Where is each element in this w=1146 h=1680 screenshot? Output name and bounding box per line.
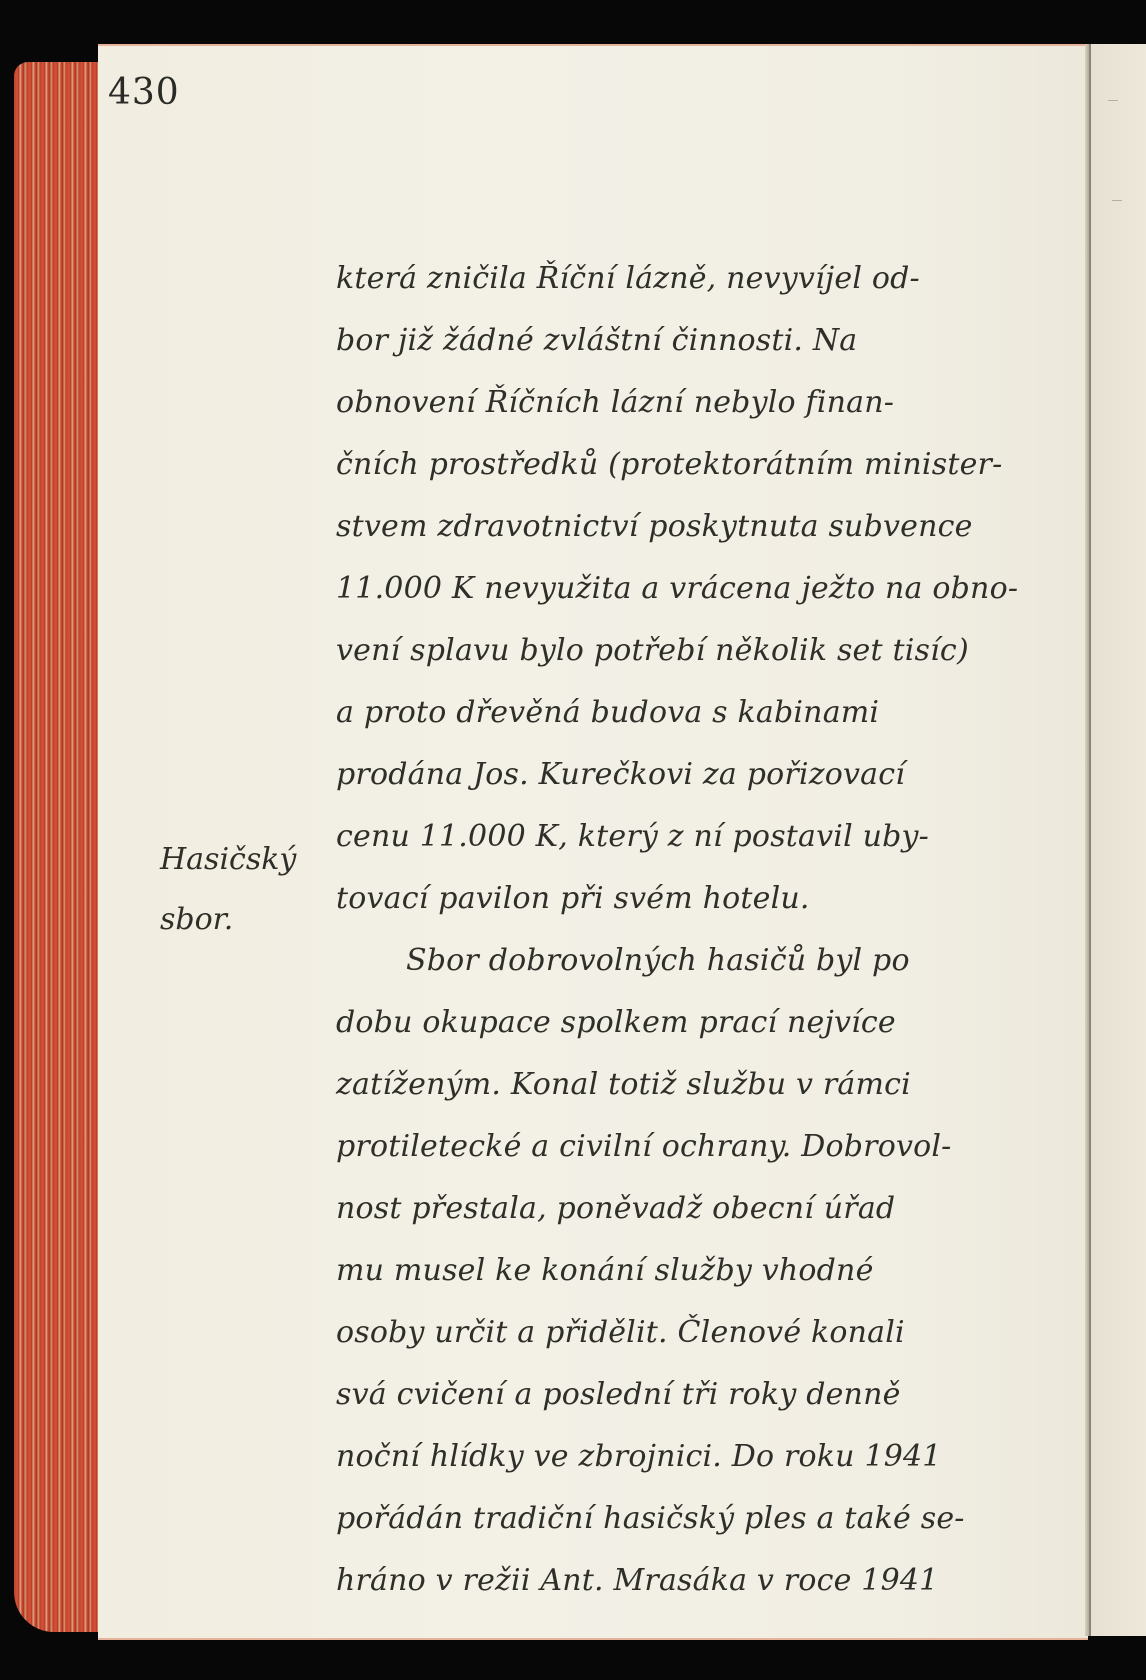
scanned-book-spread: 430 Hasičský sbor. která zničila Říční l… (0, 0, 1146, 1680)
text-line: stvem zdravotnictví poskytnuta subvence (336, 496, 976, 558)
text-line: obnovení Říčních lázní nebylo finan- (336, 372, 976, 434)
margin-heading: Hasičský sbor. (160, 830, 296, 950)
handwritten-body: která zničila Říční lázně, nevyvíjel od-… (336, 248, 976, 1612)
paragraph-start-line: Sbor dobrovolných hasičů byl po (336, 930, 976, 992)
text-line: prodána Jos. Kurečkovi za pořizovací (336, 744, 976, 806)
text-line: mu musel ke konání služby vhodné (336, 1240, 976, 1302)
paper-mark (1108, 100, 1118, 101)
text-line: zatíženým. Konal totiž službu v rámci (336, 1054, 976, 1116)
text-line: protiletecké a civilní ochrany. Dobrovol… (336, 1116, 976, 1178)
text-line: nost přestala, poněvadž obecní úřad (336, 1178, 976, 1240)
text-line: cenu 11.000 K, který z ní postavil uby- (336, 806, 976, 868)
text-line: pořádán tradiční hasičský ples a také se… (336, 1488, 976, 1550)
text-line: bor již žádné zvláštní činnosti. Na (336, 310, 976, 372)
red-page-edges (14, 62, 110, 1632)
text-line: noční hlídky ve zbrojnici. Do roku 1941 (336, 1426, 976, 1488)
page-number: 430 (108, 72, 180, 113)
text-line: 11.000 K nevyužita a vrácena ježto na ob… (336, 558, 976, 620)
text-line: která zničila Říční lázně, nevyvíjel od- (336, 248, 976, 310)
text-line: svá cvičení a poslední tři roky denně (336, 1364, 976, 1426)
text-line: čních prostředků (protektorátním ministe… (336, 434, 976, 496)
adjacent-page-edge (1089, 44, 1146, 1636)
paper-mark (1112, 200, 1122, 201)
text-line: hráno v režii Ant. Mrasáka v roce 1941 (336, 1550, 976, 1612)
text-line: a proto dřevěná budova s kabinami (336, 682, 976, 744)
text-line: dobu okupace spolkem prací nejvíce (336, 992, 976, 1054)
margin-heading-line: Hasičský (160, 830, 296, 890)
text-line: vení splavu bylo potřebí několik set tis… (336, 620, 976, 682)
text-line: osoby určit a přidělit. Členové konali (336, 1302, 976, 1364)
text-line: tovací pavilon při svém hotelu. (336, 868, 976, 930)
margin-heading-line: sbor. (160, 890, 296, 950)
